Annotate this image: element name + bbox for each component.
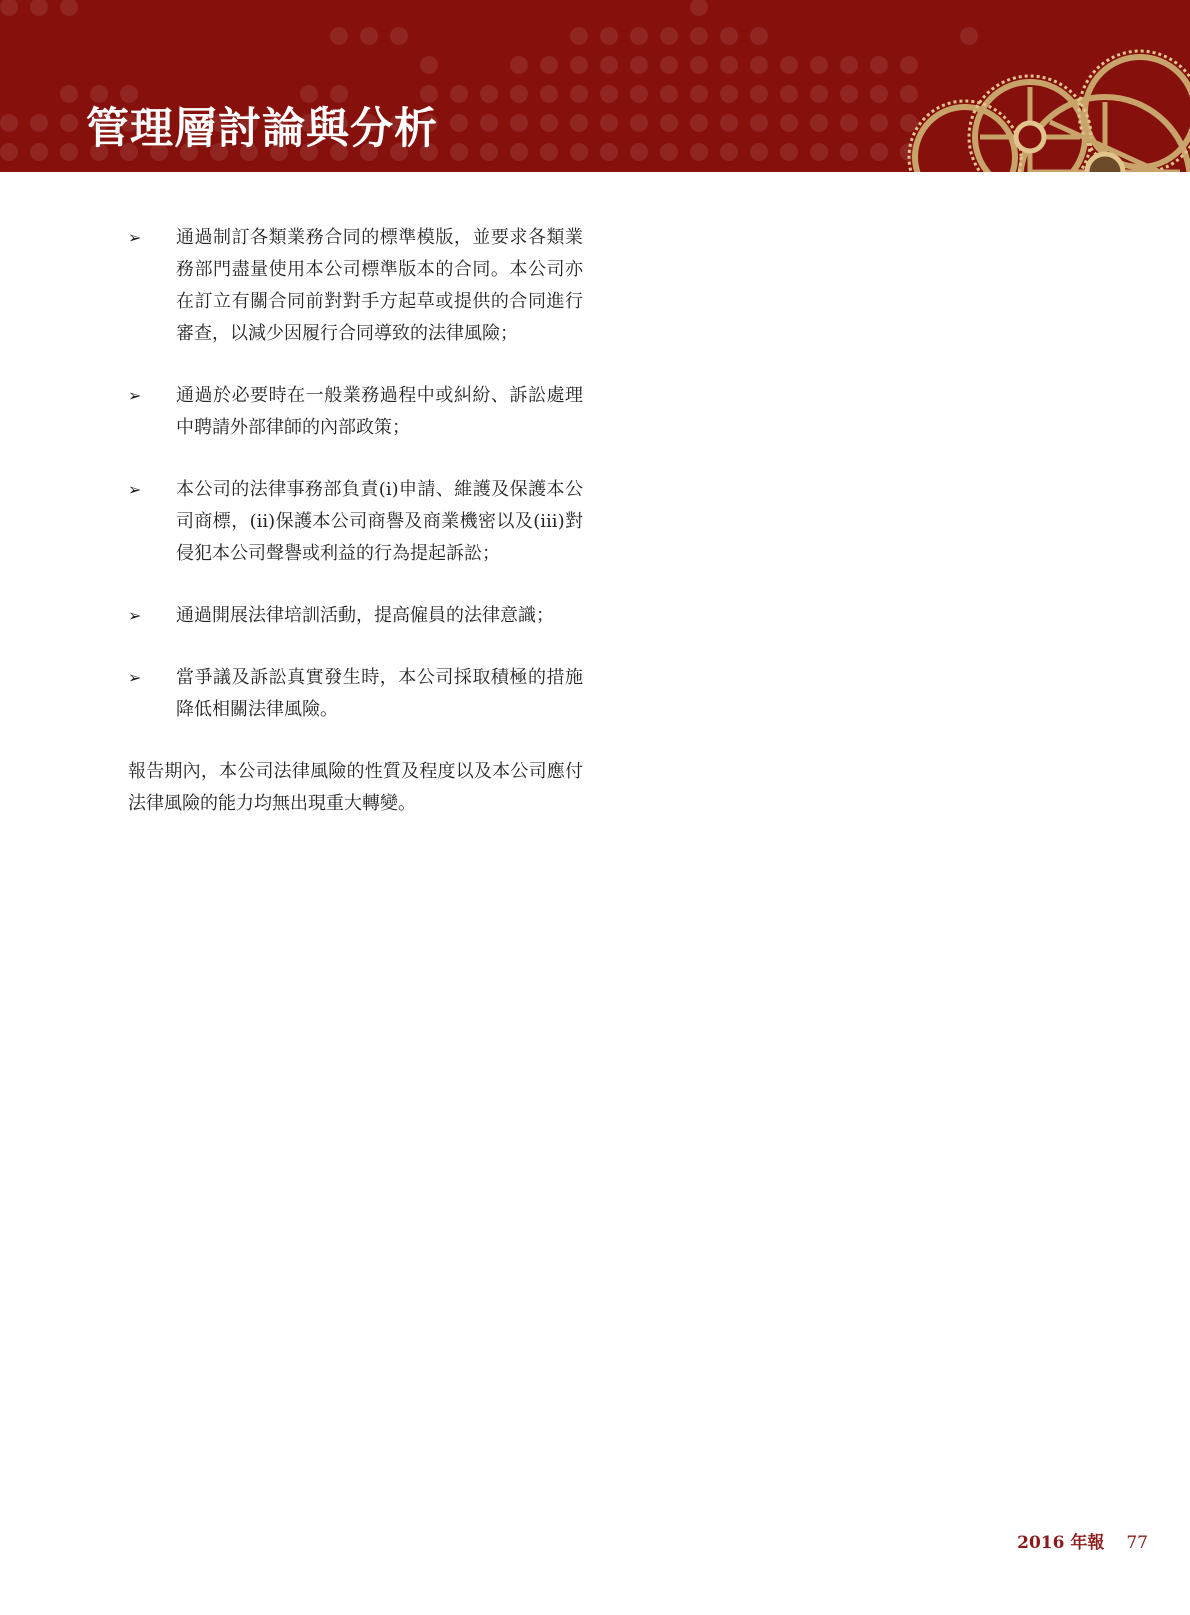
list-item-text: 通過於必要時在一般業務過程中或糾紛、訴訟處理中聘請外部律師的內部政策； xyxy=(176,380,583,444)
page-title: 管理層討論與分析 xyxy=(86,108,438,151)
list-item-text: 通過制訂各類業務合同的標準模版，並要求各類業務部門盡量使用本公司標準版本的合同。… xyxy=(176,222,583,350)
list-item: ➢ 通過開展法律培訓活動，提高僱員的法律意識； xyxy=(128,600,583,632)
page-number: 77 xyxy=(1126,1533,1148,1553)
list-item-text: 當爭議及訴訟真實發生時，本公司採取積極的措施降低相關法律風險。 xyxy=(176,662,583,726)
list-item: ➢ 通過於必要時在一般業務過程中或糾紛、訴訟處理中聘請外部律師的內部政策； xyxy=(128,380,583,444)
arrow-bullet-icon: ➢ xyxy=(128,222,141,254)
report-label: 2016 年報 xyxy=(1017,1533,1104,1553)
arrow-bullet-icon: ➢ xyxy=(128,662,141,694)
list-item-text: 本公司的法律事務部負責(i)申請、維護及保護本公司商標，(ii)保護本公司商譽及… xyxy=(176,474,583,570)
list-item: ➢ 當爭議及訴訟真實發生時，本公司採取積極的措施降低相關法律風險。 xyxy=(128,662,583,726)
list-item: ➢ 通過制訂各類業務合同的標準模版，並要求各類業務部門盡量使用本公司標準版本的合… xyxy=(128,222,583,350)
list-item: ➢ 本公司的法律事務部負責(i)申請、維護及保護本公司商標，(ii)保護本公司商… xyxy=(128,474,583,570)
summary-paragraph: 報告期內，本公司法律風險的性質及程度以及本公司應付法律風險的能力均無出現重大轉變… xyxy=(128,756,583,820)
list-item-text: 通過開展法律培訓活動，提高僱員的法律意識； xyxy=(176,600,583,632)
header-banner: 管理層討論與分析 xyxy=(0,0,1190,172)
arrow-bullet-icon: ➢ xyxy=(128,474,141,506)
page-footer: 2016 年報77 xyxy=(1017,1528,1148,1553)
main-content: ➢ 通過制訂各類業務合同的標準模版，並要求各類業務部門盡量使用本公司標準版本的合… xyxy=(128,222,583,820)
gears-icon xyxy=(890,42,1190,172)
arrow-bullet-icon: ➢ xyxy=(128,380,141,412)
arrow-bullet-icon: ➢ xyxy=(128,600,141,632)
